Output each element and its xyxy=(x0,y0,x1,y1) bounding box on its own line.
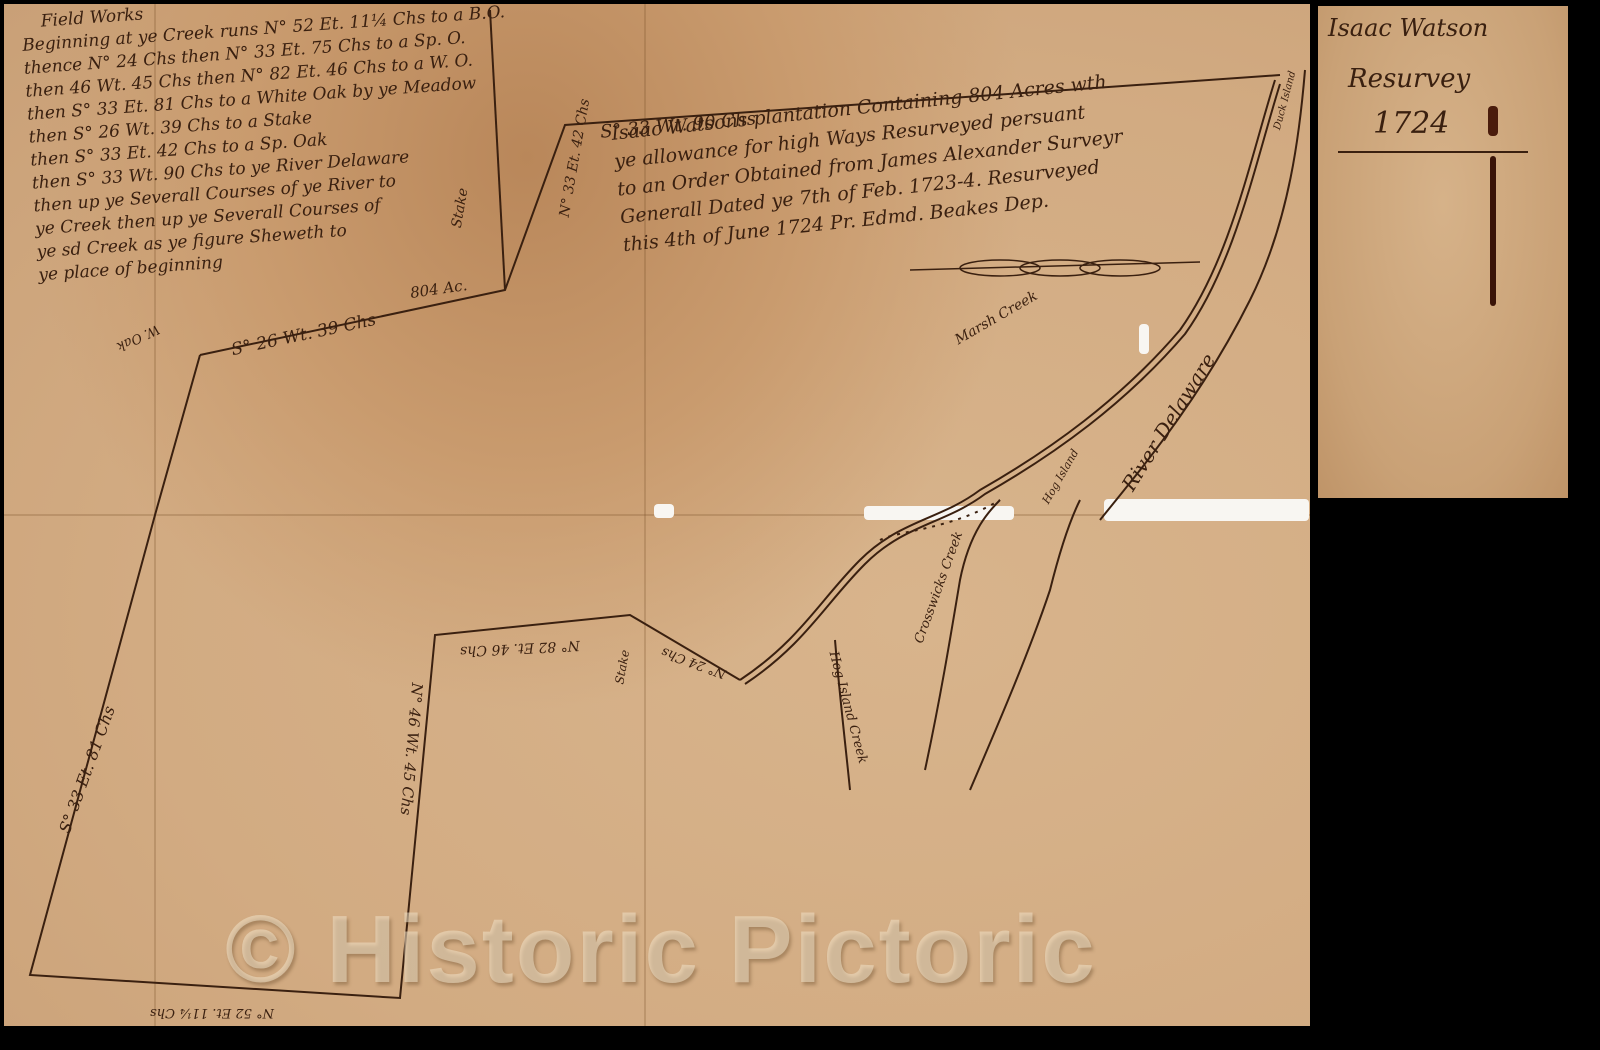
ink-stroke xyxy=(1490,156,1496,306)
docket-rule xyxy=(1338,151,1528,153)
watermark: © Historic Pictoric xyxy=(225,895,1097,1005)
ink-blot xyxy=(1488,106,1498,136)
label-bottom-course: N° 52 Et. 11¼ Chs xyxy=(150,1005,274,1020)
docket-year: 1724 xyxy=(1373,106,1449,141)
creek xyxy=(970,500,1080,790)
docket-panel: Isaac Watson Resurvey 1724 xyxy=(1318,6,1568,498)
field-notes: Field Works Beginning at ye Creek runs N… xyxy=(20,0,522,287)
docket-name: Isaac Watson xyxy=(1328,14,1488,42)
docket-title: Resurvey xyxy=(1348,64,1470,94)
